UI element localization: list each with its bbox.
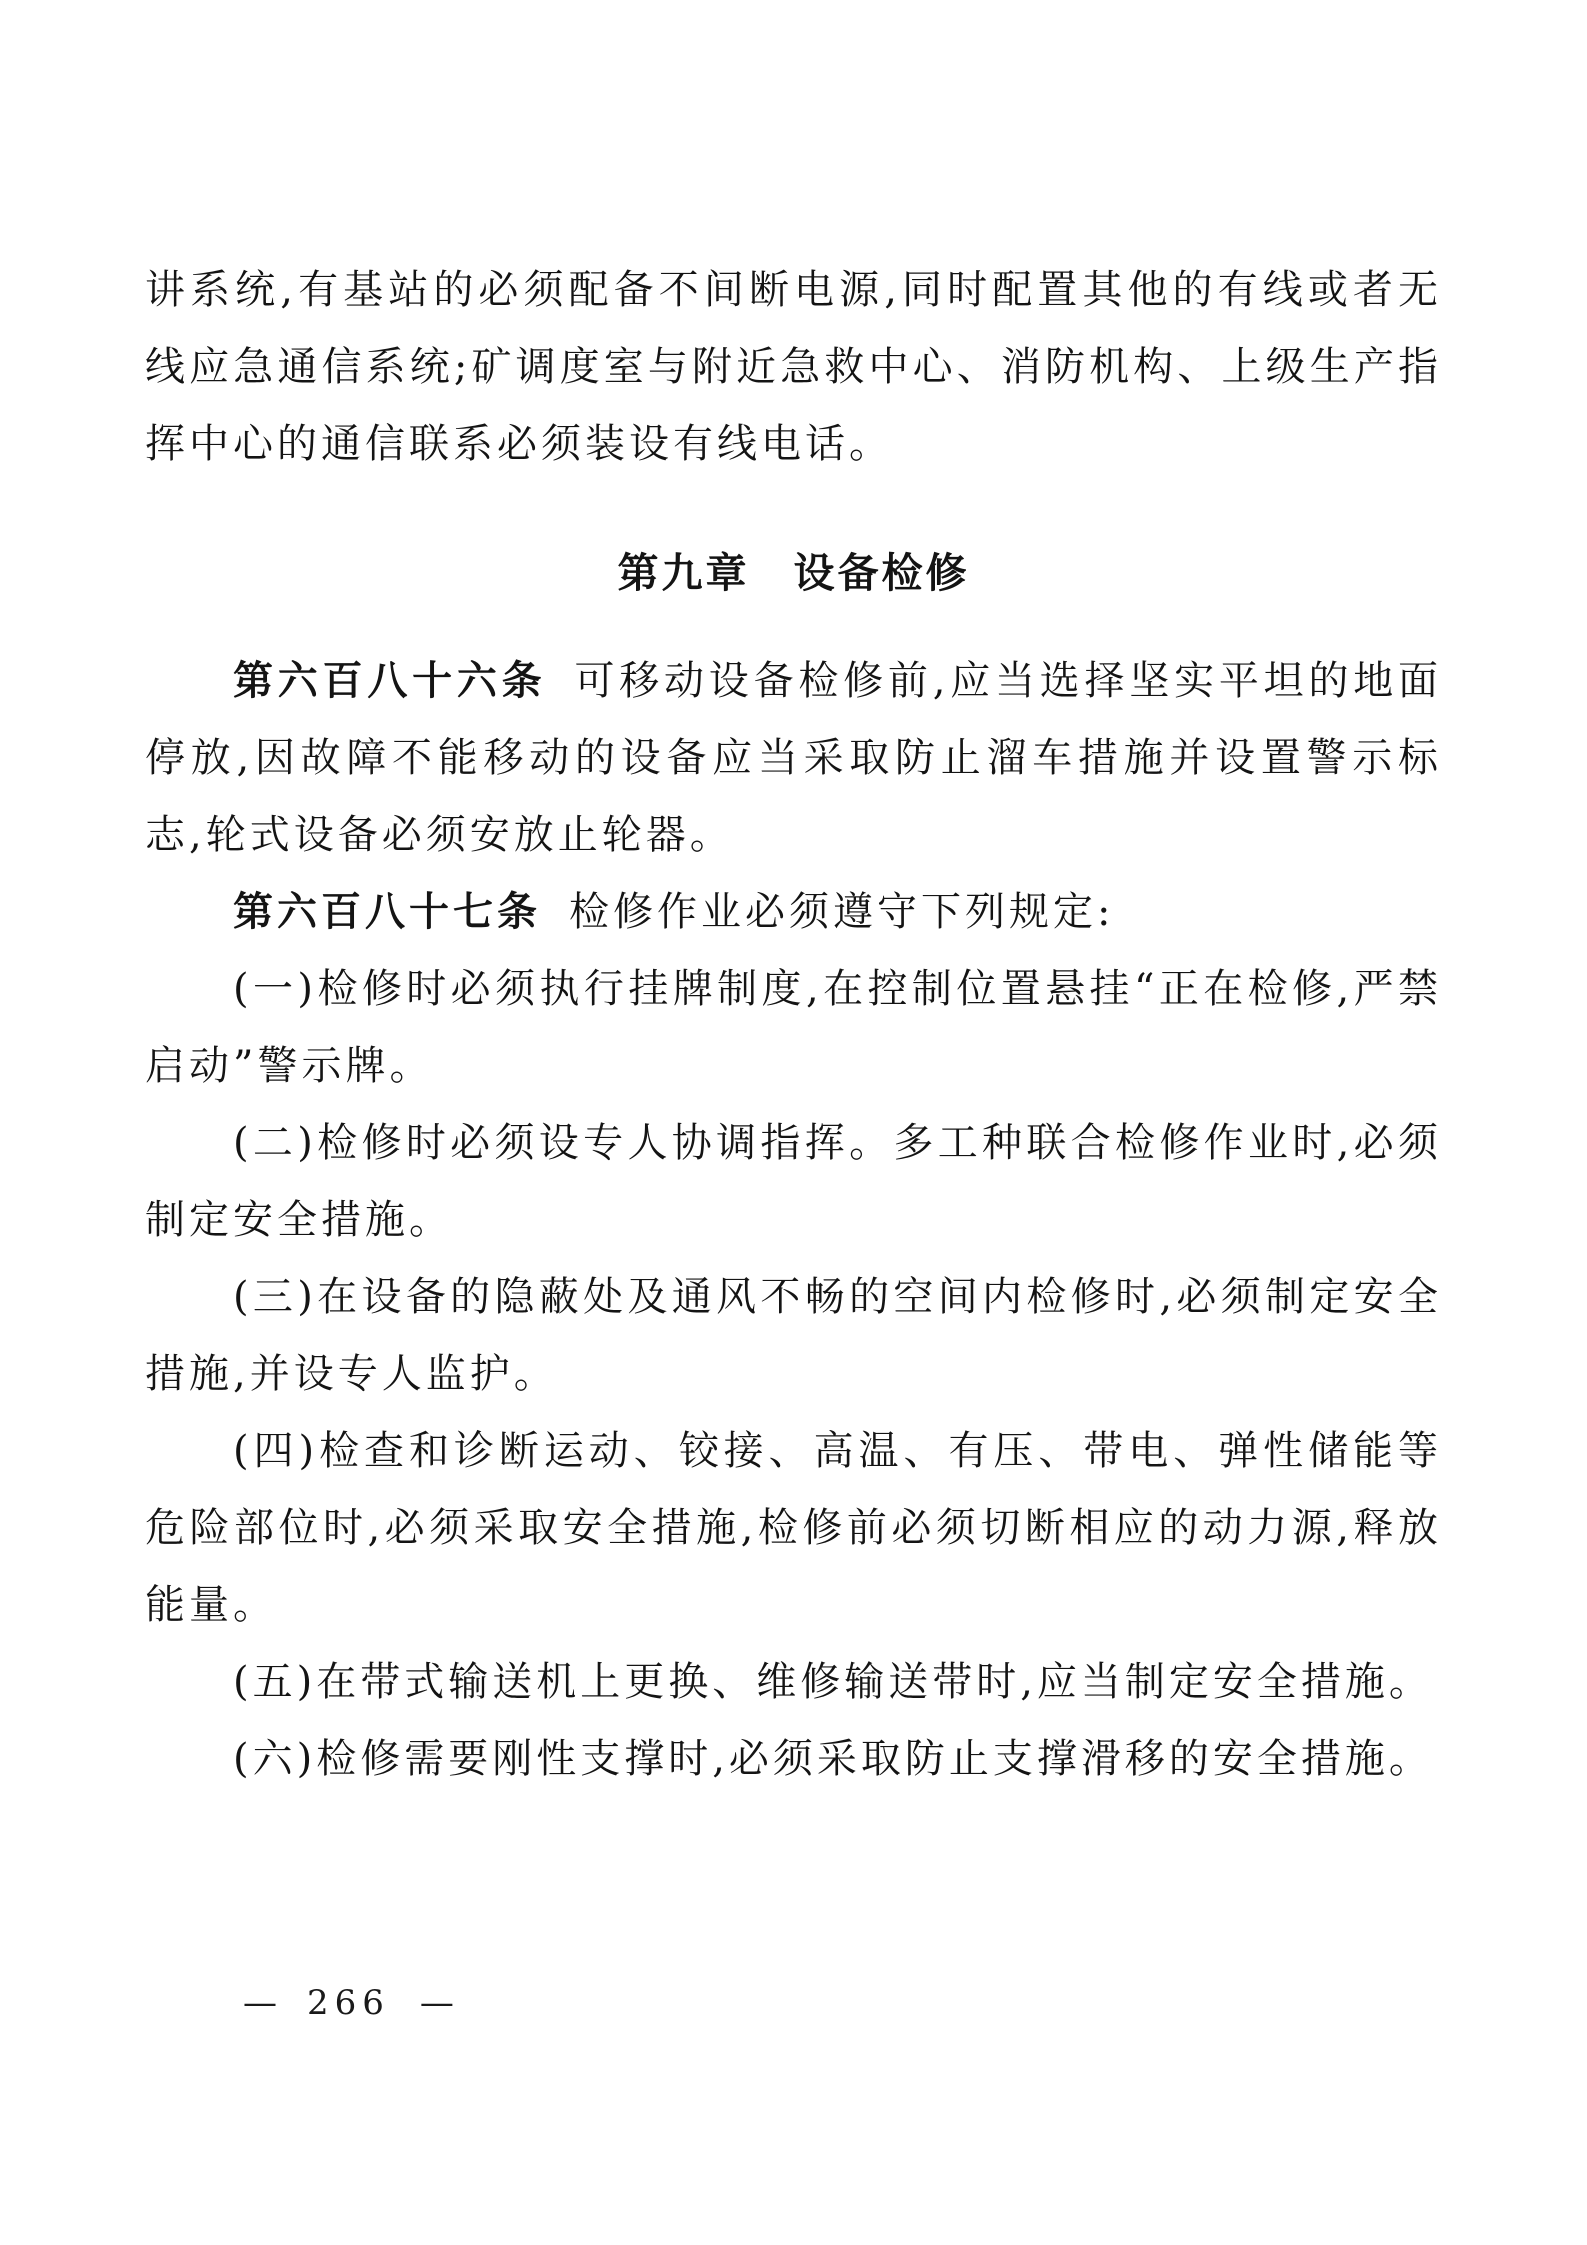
rule-item-2: (二)检修时必须设专人协调指挥。多工种联合检修作业时,必须制定安全措施。 (145, 1105, 1442, 1259)
page-number-footer: —266— (243, 1983, 454, 2023)
article-686-number: 第六百八十六条 (233, 658, 546, 704)
article-687-body: 检修作业必须遵守下列规定: (569, 889, 1114, 935)
document-page: 讲系统,有基站的必须配备不间断电源,同时配置其他的有线或者无线应急通信系统;矿调… (0, 0, 1587, 2245)
paragraph-continuation: 讲系统,有基站的必须配备不间断电源,同时配置其他的有线或者无线应急通信系统;矿调… (145, 252, 1442, 483)
rule-item-1: (一)检修时必须执行挂牌制度,在控制位置悬挂“正在检修,严禁启动”警示牌。 (145, 951, 1442, 1105)
article-687: 第六百八十七条检修作业必须遵守下列规定: (145, 874, 1442, 951)
footer-dash-left: — (243, 1983, 277, 2023)
page-body: 讲系统,有基站的必须配备不间断电源,同时配置其他的有线或者无线应急通信系统;矿调… (145, 252, 1442, 1798)
rule-item-4: (四)检查和诊断运动、铰接、高温、有压、带电、弹性储能等危险部位时,必须采取安全… (145, 1413, 1442, 1644)
footer-dash-right: — (420, 1983, 454, 2023)
chapter-heading: 第九章 设备检修 (145, 535, 1442, 612)
page-number: 266 (307, 1983, 390, 2023)
rule-item-3: (三)在设备的隐蔽处及通风不畅的空间内检修时,必须制定安全措施,并设专人监护。 (145, 1259, 1442, 1413)
rule-item-6: (六)检修需要刚性支撑时,必须采取防止支撑滑移的安全措施。 (145, 1721, 1442, 1798)
article-687-number: 第六百八十七条 (233, 889, 541, 935)
rule-item-5: (五)在带式输送机上更换、维修输送带时,应当制定安全措施。 (145, 1644, 1442, 1721)
article-686: 第六百八十六条可移动设备检修前,应当选择坚实平坦的地面停放,因故障不能移动的设备… (145, 643, 1442, 874)
